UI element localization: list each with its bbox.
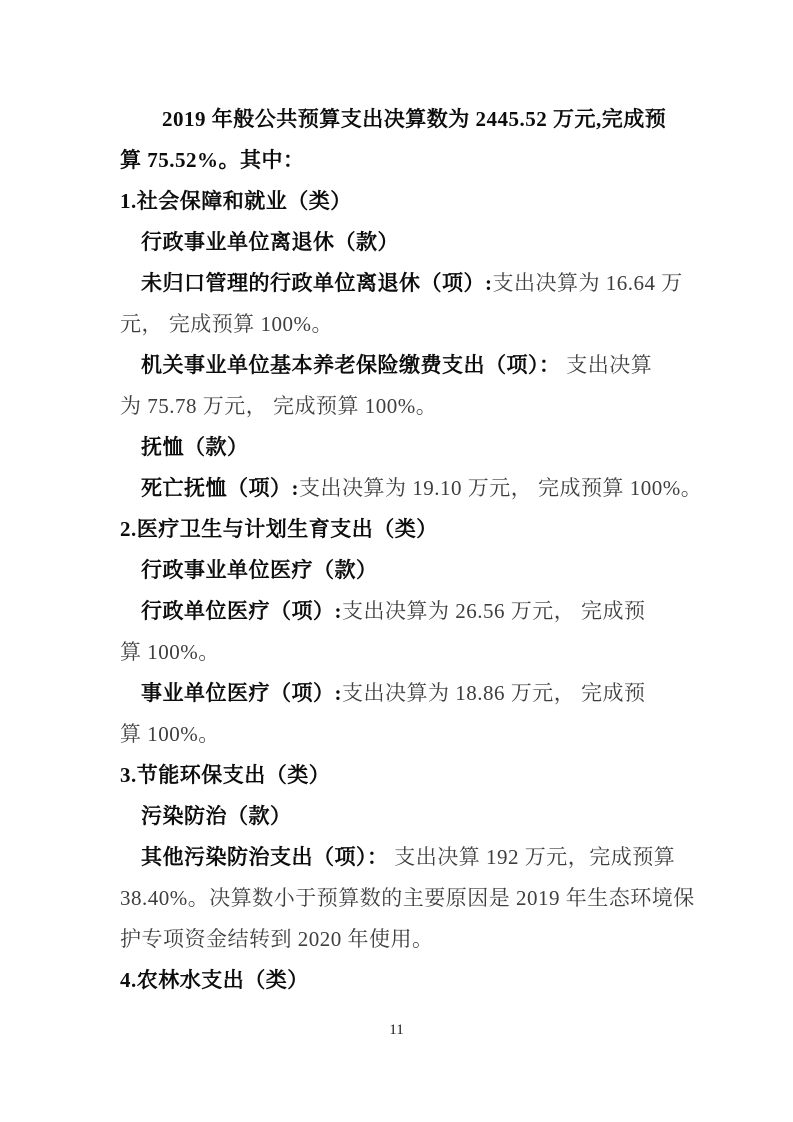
heading-text: 机关事业单位基本养老保险缴费支出（项）： — [141, 353, 561, 377]
heading-text: 4.农林水支出（类） — [120, 968, 309, 992]
text-line: 死亡抚恤（项）:支出决算为 19.10 万元， 完成预算 100%。 — [120, 468, 700, 509]
body-text: 支出决算为 19.10 万元， 完成预算 100%。 — [299, 476, 702, 500]
text-line: 算 100%。 — [120, 632, 700, 673]
text-line: 4.农林水支出（类） — [120, 960, 700, 1001]
text-line: 行政单位医疗（项）:支出决算为 26.56 万元， 完成预 — [120, 591, 700, 632]
body-text: 算 100%。 — [120, 640, 220, 664]
body-text: 算 100%。 — [120, 722, 220, 746]
page-number: 11 — [0, 1018, 793, 1042]
body-text: 支出决算为 18.86 万元， 完成预 — [342, 681, 646, 705]
heading-text: 行政事业单位医疗（款） — [141, 558, 378, 582]
text-line: 算 75.52%。其中： — [120, 140, 700, 181]
heading-text: 行政事业单位离退休（款） — [141, 230, 399, 254]
heading-text: 其他污染防治支出（项）： — [141, 845, 389, 869]
body-text: 为 75.78 万元， 完成预算 100%。 — [120, 394, 437, 418]
text-line: 污染防治（款） — [120, 796, 700, 837]
text-line: 事业单位医疗（项）:支出决算为 18.86 万元， 完成预 — [120, 673, 700, 714]
heading-text: 未归口管理的行政单位离退休（项）: — [141, 271, 493, 295]
text-line: 行政事业单位医疗（款） — [120, 550, 700, 591]
text-line: 元， 完成预算 100%。 — [120, 304, 700, 345]
heading-text: 抚恤（款） — [141, 435, 249, 459]
heading-text: 污染防治（款） — [141, 804, 292, 828]
body-text: 38.40%。决算数小于预算数的主要原因是 2019 年生态环境保 — [120, 886, 695, 910]
heading-text: 1.社会保障和就业（类） — [120, 189, 352, 213]
text-line: 算 100%。 — [120, 714, 700, 755]
heading-text: 事业单位医疗（项）: — [141, 681, 342, 705]
text-line: 未归口管理的行政单位离退休（项）:支出决算为 16.64 万 — [120, 263, 700, 304]
text-line: 为 75.78 万元， 完成预算 100%。 — [120, 386, 700, 427]
text-line: 2.医疗卫生与计划生育支出（类） — [120, 509, 700, 550]
body-text: 支出决算 192 万元，完成预算 — [389, 845, 676, 869]
heading-text: 3.节能环保支出（类） — [120, 763, 330, 787]
body-text: 支出决算为 26.56 万元， 完成预 — [342, 599, 646, 623]
heading-text: 2019 年般公共预算支出决算数为 2445.52 万元,完成预 — [162, 107, 666, 131]
heading-text: 行政单位医疗（项）: — [141, 599, 342, 623]
text-line: 其他污染防治支出（项）： 支出决算 192 万元，完成预算 — [120, 837, 700, 878]
text-line: 38.40%。决算数小于预算数的主要原因是 2019 年生态环境保 — [120, 878, 700, 919]
document-page: 2019 年般公共预算支出决算数为 2445.52 万元,完成预算 75.52%… — [0, 0, 793, 1122]
text-line: 行政事业单位离退休（款） — [120, 222, 700, 263]
text-line: 机关事业单位基本养老保险缴费支出（项）： 支出决算 — [120, 345, 700, 386]
heading-text: 2.医疗卫生与计划生育支出（类） — [120, 517, 438, 541]
body-text: 护专项资金结转到 2020 年使用。 — [120, 927, 434, 951]
text-line: 3.节能环保支出（类） — [120, 755, 700, 796]
body-text: 支出决算 — [561, 353, 653, 377]
text-line: 护专项资金结转到 2020 年使用。 — [120, 919, 700, 960]
body-text: 支出决算为 16.64 万 — [493, 271, 683, 295]
text-line: 2019 年般公共预算支出决算数为 2445.52 万元,完成预 — [120, 99, 700, 140]
document-body: 2019 年般公共预算支出决算数为 2445.52 万元,完成预算 75.52%… — [120, 99, 700, 1001]
heading-text: 死亡抚恤（项）: — [141, 476, 299, 500]
text-line: 1.社会保障和就业（类） — [120, 181, 700, 222]
text-line: 抚恤（款） — [120, 427, 700, 468]
body-text: 元， 完成预算 100%。 — [120, 312, 333, 336]
heading-text: 算 75.52%。其中： — [120, 148, 305, 172]
